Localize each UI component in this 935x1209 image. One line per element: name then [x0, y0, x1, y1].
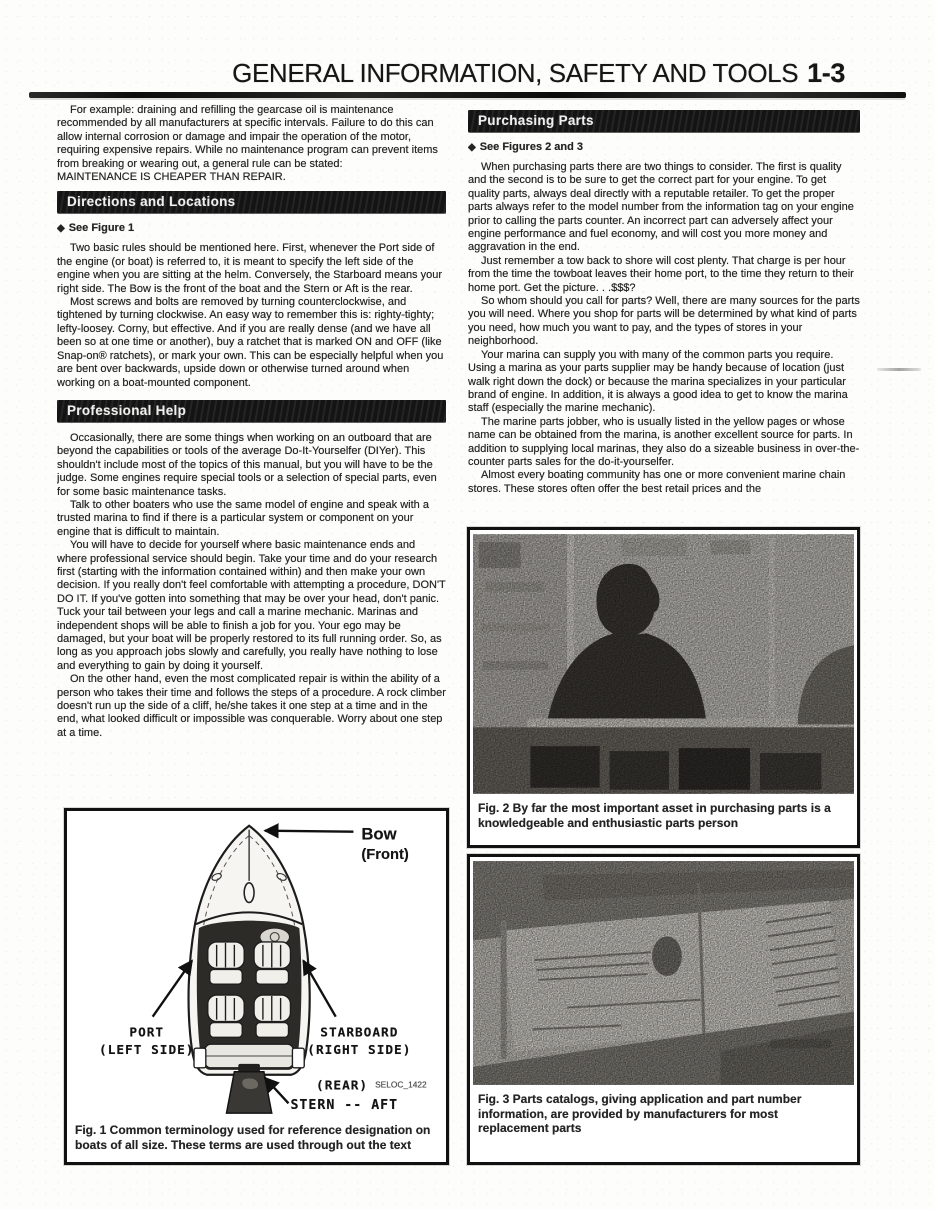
port-sub-label: (LEFT SIDE) — [99, 1043, 194, 1058]
body-paragraph: So whom should you call for parts? Well,… — [468, 295, 860, 349]
parts-catalogs-photo — [473, 860, 854, 1086]
port-label: PORT — [129, 1025, 164, 1040]
parts-person-photo — [473, 533, 854, 795]
diamond-bullet-icon: ◆ — [57, 223, 65, 234]
intro-maxim-line: MAINTENANCE IS CHEAPER THAN REPAIR. — [57, 171, 446, 184]
bow-arrow — [265, 831, 354, 832]
see-figure-text: See Figure 1 — [69, 222, 134, 234]
section-heading-purchasing-parts: Purchasing Parts — [468, 110, 860, 132]
body-paragraph: Almost every boating community has one o… — [468, 469, 860, 496]
see-figure-note: ◆See Figure 1 — [57, 222, 446, 234]
port-arrow — [153, 961, 192, 1017]
bow-label: Bow — [361, 825, 397, 844]
rear-label: (REAR) — [316, 1079, 368, 1094]
see-figure-note: ◆See Figures 2 and 3 — [468, 141, 860, 153]
page-number: 1-3 — [807, 58, 845, 88]
diamond-bullet-icon: ◆ — [468, 142, 476, 153]
body-paragraph: You will have to decide for yourself whe… — [57, 539, 446, 673]
seloc-watermark: SELOC_1422 — [375, 1080, 427, 1090]
page-header: GENERAL INFORMATION, SAFETY AND TOOLS1-3 — [0, 58, 845, 89]
body-paragraph: Talk to other boaters who use the same m… — [57, 499, 446, 539]
scanned-manual-page: { "page": { "title": "GENERAL INFORMATIO… — [0, 0, 935, 1209]
body-paragraph: Most screws and bolts are removed by tur… — [57, 296, 446, 390]
see-figure-text: See Figures 2 and 3 — [480, 141, 583, 153]
right-column: Purchasing Parts ◆See Figures 2 and 3 Wh… — [468, 110, 860, 525]
body-paragraph: When purchasing parts there are two thin… — [468, 161, 860, 255]
body-paragraph: Occasionally, there are some things when… — [57, 432, 446, 499]
section-heading-directions: Directions and Locations — [57, 191, 446, 213]
figure-2-caption: Fig. 2 By far the most important asset i… — [470, 798, 857, 834]
figure-3-caption: Fig. 3 Parts catalogs, giving applicatio… — [470, 1089, 857, 1140]
scan-artifact-dash — [877, 368, 921, 371]
page-title: GENERAL INFORMATION, SAFETY AND TOOLS — [232, 58, 798, 88]
bow-sub-label: (Front) — [361, 847, 409, 863]
starboard-sub-label: (RIGHT SIDE) — [307, 1043, 411, 1058]
figure-1: Bow (Front) PORT (LEFT SIDE) STARBOARD (… — [64, 808, 449, 1165]
body-paragraph: Your marina can supply you with many of … — [468, 349, 860, 416]
body-paragraph: Two basic rules should be mentioned here… — [57, 242, 446, 296]
intro-paragraph: For example: draining and refilling the … — [57, 104, 446, 171]
section-heading-professional-help: Professional Help — [57, 400, 446, 422]
body-paragraph: On the other hand, even the most complic… — [57, 673, 446, 740]
boat-terminology-diagram: Bow (Front) PORT (LEFT SIDE) STARBOARD (… — [70, 814, 443, 1117]
figure-2: Fig. 2 By far the most important asset i… — [467, 527, 860, 848]
starboard-label: STARBOARD — [320, 1025, 398, 1040]
body-paragraph: The marine parts jobber, who is usually … — [468, 416, 860, 470]
figure-3: Fig. 3 Parts catalogs, giving applicatio… — [467, 854, 860, 1165]
stern-aft-label: STERN -- AFT — [290, 1098, 398, 1113]
header-rule — [29, 92, 906, 98]
figure-1-caption: Fig. 1 Common terminology used for refer… — [67, 1120, 446, 1156]
body-paragraph: Just remember a tow back to shore will c… — [468, 255, 860, 295]
left-column: For example: draining and refilling the … — [57, 104, 446, 806]
